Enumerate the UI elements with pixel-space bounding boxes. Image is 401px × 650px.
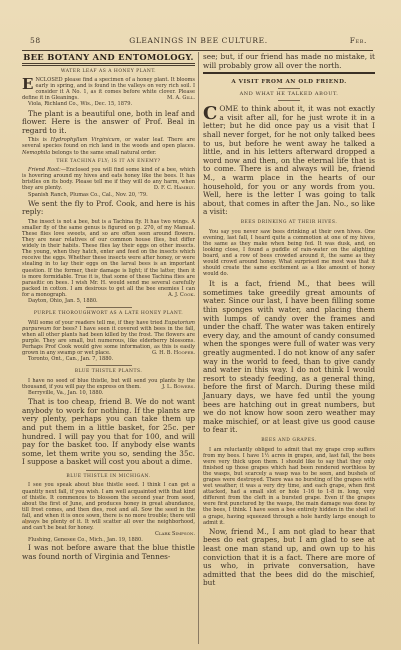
article-heading: PURPLE THOROUGHWORT AS A LATE HONEY PLAN… [22,311,195,318]
column-divider [198,52,199,644]
article-subtitle: AND WHAT HE TALKED ABOUT. [203,91,375,98]
publication-title: GLEANINGS IN BEE CULTURE. [30,36,367,45]
signature: A. J. Cook. [162,292,195,298]
editor-reply: That is too cheap, friend B. We do not w… [22,398,195,467]
article-title: A VISIT FROM AN OLD FRIEND. [203,79,375,86]
salutation: Friend Root: [28,167,61,173]
issue-month: Feb. [350,36,367,45]
answer-part: This is [28,137,51,143]
article-grapes: BEES AND GRAPES. I am reluctantly oblige… [203,438,375,588]
location-date: Viola, Richland Co., Wis., Dec. 15, 1879… [22,101,195,107]
letter-part: Will some of your readers tell me, if th… [28,320,164,326]
article-heading: BEES AND GRAPES. [203,438,375,445]
drop-cap: C [203,106,217,122]
answer-part: belongs to the same small natural order. [50,150,156,156]
article-heading: BLUE THISTLE IN MICHIGAN. [22,474,195,481]
article-drinking: BEES DRINKING AT THEIR HIVES. You say yo… [203,220,375,435]
article-heading: WATER LEAF AS A HONEY PLANT. [22,69,195,76]
article-water-leaf: WATER LEAF AS A HONEY PLANT. ENCLOSED pl… [22,69,195,156]
signature: M. A. Gill. [167,95,195,101]
paper-stain [25,520,29,524]
article-michigan: BLUE THISTLE IN MICHIGAN. I see you spea… [22,474,195,562]
article-heading: BLUE THISTLE PLANTS. [22,369,195,376]
editor-reply: I was not before aware that the blue thi… [22,544,195,561]
short-rule [278,100,300,101]
article-visit: A VISIT FROM AN OLD FRIEND. AND WHAT HE … [203,79,375,217]
section-title: BEE BOTANY AND ENTOMOLOGY. [22,54,195,61]
short-rule [86,470,132,471]
genus-name: Nemophila [22,150,50,156]
section-double-rule [22,63,195,66]
species-name: Hydrophyllum Virginicum [51,137,120,143]
continuation-text: see; but, if our friend has made no mist… [203,53,375,70]
drop-cap: E [22,78,33,91]
editor-reply: Now, friend M., I am not glad to hear th… [203,528,375,588]
short-rule [86,307,132,308]
location-date: Dayton, Ohio, Jan. 5, 1880. [22,298,195,304]
letter-text: I see you speak about blue thistle seed.… [22,482,195,531]
header-rule [22,50,373,51]
article-blue-thistle: BLUE THISTLE PLANTS. I have no seed of b… [22,369,195,467]
magazine-page: 58 GLEANINGS IN BEE CULTURE. Feb. BEE BO… [0,0,401,650]
location-date: Berryville, Va., Jan. 10, 1880. [22,390,195,396]
signature: D. F. C. Hambly. [148,185,195,191]
article-heading: THE TACHINA FLY; IS IT AN ENEMY? [22,159,195,166]
answer-text: The insect is not a bee, but is a Tachin… [22,219,195,298]
answer-text: This is Hydrophyllum Virginicum, or wate… [22,137,195,155]
running-header: 58 GLEANINGS IN BEE CULTURE. Feb. [30,36,367,48]
letter-text: You say you never saw bees drinking at t… [203,229,375,278]
letter-text: I am reluctantly obliged to admit that m… [203,447,375,526]
signature: J. L. Bowers. [156,384,195,390]
editor-reply: It is a fact, friend M., that bees will … [203,280,375,435]
article-tachina: THE TACHINA FLY; IS IT AN ENEMY? Friend … [22,159,195,305]
article-body: OME to think about it, it was not exactl… [203,104,375,216]
short-rule [278,88,300,89]
right-column: see; but, if our friend has made no mist… [203,53,375,588]
left-column: BEE BOTANY AND ENTOMOLOGY. WATER LEAF AS… [22,53,195,562]
article-heading: BEES DRINKING AT THEIR HIVES. [203,220,375,227]
short-rule [86,365,132,366]
location-date: Toronto, Ont., Can., Jan. 7, 1880. [22,356,195,362]
signature: G. H. B. Hooper. [146,350,195,356]
editor-reply: The plant is a beautiful one, both in le… [22,110,195,136]
location-date: Spanish Ranch, Plumas Co., Cal., Nov. 20… [22,192,195,198]
editor-reply: We sent the fly to Prof. Cook, and here … [22,200,195,217]
article-thoroughwort: PURPLE THOROUGHWORT AS A LATE HONEY PLAN… [22,311,195,362]
heavy-rule [203,72,375,74]
